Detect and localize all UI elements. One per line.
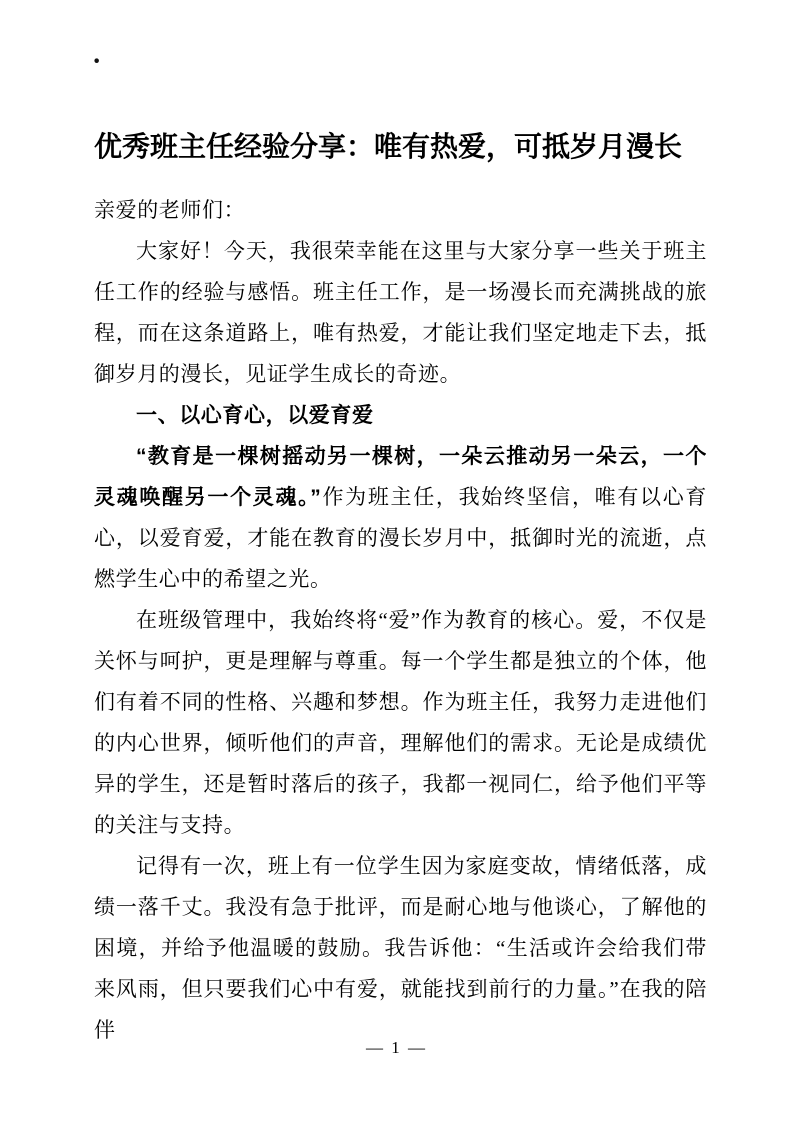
section-heading: 一、以心育心，以爱育爱	[94, 395, 707, 436]
stray-dot-mark: ·	[92, 42, 101, 82]
text-segment: 记得有一次，班上有一位学生因为家庭变故，情绪低落，成绩一落千丈。我没有急于批评，…	[94, 854, 707, 1042]
document-body: 亲爱的老师们： 大家好！今天，我很荣幸能在这里与大家分享一些关于班主任工作的经验…	[94, 190, 707, 1051]
paragraphs: 大家好！今天，我很荣幸能在这里与大家分享一些关于班主任工作的经验与感悟。班主任工…	[94, 231, 707, 1051]
salutation: 亲爱的老师们：	[94, 190, 707, 231]
text-segment: 在班级管理中，我始终将“爱”作为教育的核心。爱，不仅是关怀与呵护，更是理解与尊重…	[94, 608, 707, 837]
text-segment: 大家好！今天，我很荣幸能在这里与大家分享一些关于班主任工作的经验与感悟。班主任工…	[94, 239, 707, 386]
body-paragraph: 记得有一次，班上有一位学生因为家庭变故，情绪低落，成绩一落千丈。我没有急于批评，…	[94, 846, 707, 1051]
page-number: — 1 —	[0, 1036, 793, 1060]
document-page: · 优秀班主任经验分享：唯有热爱，可抵岁月漫长 亲爱的老师们： 大家好！今天，我…	[0, 0, 793, 1122]
body-paragraph: 大家好！今天，我很荣幸能在这里与大家分享一些关于班主任工作的经验与感悟。班主任工…	[94, 231, 707, 395]
body-paragraph: 在班级管理中，我始终将“爱”作为教育的核心。爱，不仅是关怀与呵护，更是理解与尊重…	[94, 600, 707, 846]
document-title: 优秀班主任经验分享：唯有热爱，可抵岁月漫长	[94, 127, 710, 169]
bold-text-segment: 一、以心育心，以爱育爱	[136, 404, 374, 427]
body-paragraph: “教育是一棵树摇动另一棵树，一朵云推动另一朵云，一个灵魂唤醒另一个灵魂。”作为班…	[94, 436, 707, 600]
